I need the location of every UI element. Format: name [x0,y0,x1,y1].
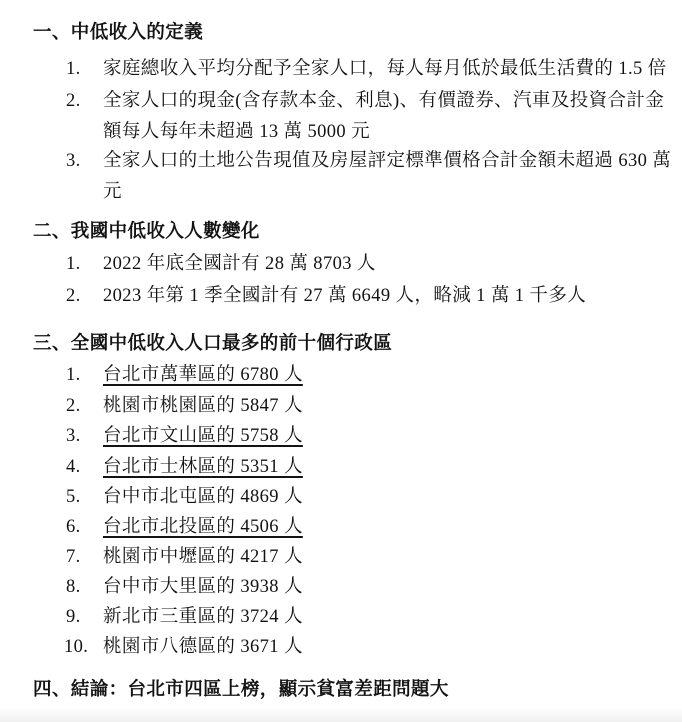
document-page: 一、中低收入的定義 1. 家庭總收入平均分配予全家人口，每人每月低於最低生活費的… [0,0,682,722]
list-number: 7. [66,545,81,569]
section-heading-text: 二、我國中低收入人數變化 [33,220,260,244]
list-item: 2. 桃園市桃園區的 5847 人 [0,394,682,420]
list-item: 3. 全家人口的土地公告現值及房屋評定標準價格合計金額未超過 630 萬 [0,149,682,175]
list-text: 全家人口的現金(含存款本金、利息)、有價證券、汽車及投資合計金 [103,89,664,113]
list-text: 2023 年第 1 季全國計有 27 萬 6649 人，略減 1 萬 1 千多人 [103,284,586,308]
list-text: 台中市北屯區的 4869 人 [103,485,303,509]
list-number: 1. [66,57,81,81]
list-item: 1. 台北市萬華區的 6780 人 [0,363,682,389]
list-item-continuation: 元 [0,180,682,206]
list-number: 3. [66,424,81,448]
list-item: 3. 台北市文山區的 5758 人 [0,424,682,450]
list-text: 2022 年底全國計有 28 萬 8703 人 [103,252,376,276]
list-item: 10. 桃園市八德區的 3671 人 [0,635,682,661]
list-text: 桃園市八德區的 3671 人 [103,635,303,659]
list-number: 2. [66,394,81,418]
list-item: 1. 家庭總收入平均分配予全家人口，每人每月低於最低生活費的 1.5 倍 [0,57,682,83]
list-text: 台北市萬華區的 6780 人 [103,363,303,387]
section-heading-text: 一、中低收入的定義 [33,21,203,45]
list-number: 5. [66,485,81,509]
section-heading: 二、我國中低收入人數變化 [0,220,682,246]
list-item-continuation: 額每人每年未超過 13 萬 5000 元 [0,120,682,146]
list-text: 台北市北投區的 4506 人 [103,515,303,539]
list-number: 10. [64,635,88,659]
page-bottom-edge [0,707,682,722]
list-text: 台北市士林區的 5351 人 [103,455,303,479]
list-item: 6. 台北市北投區的 4506 人 [0,515,682,541]
list-text: 台中市大里區的 3938 人 [103,575,303,599]
list-text: 桃園市中壢區的 4217 人 [103,545,303,569]
list-item: 2. 2023 年第 1 季全國計有 27 萬 6649 人，略減 1 萬 1 … [0,284,682,310]
list-item: 8. 台中市大里區的 3938 人 [0,575,682,601]
list-number: 2. [66,284,81,308]
list-number: 8. [66,575,81,599]
list-text: 全家人口的土地公告現值及房屋評定標準價格合計金額未超過 630 萬 [103,149,671,173]
list-item: 4. 台北市士林區的 5351 人 [0,455,682,481]
section-heading: 一、中低收入的定義 [0,21,682,47]
list-item: 1. 2022 年底全國計有 28 萬 8703 人 [0,252,682,278]
section-heading-text: 三、全國中低收入人口最多的前十個行政區 [33,332,392,356]
list-number: 9. [66,605,81,629]
list-number: 4. [66,455,81,479]
list-number: 1. [66,363,81,387]
list-text: 元 [103,180,122,204]
list-item: 7. 桃園市中壢區的 4217 人 [0,545,682,571]
list-number: 1. [66,252,81,276]
list-number: 6. [66,515,81,539]
list-item: 2. 全家人口的現金(含存款本金、利息)、有價證券、汽車及投資合計金 [0,89,682,115]
list-text: 家庭總收入平均分配予全家人口，每人每月低於最低生活費的 1.5 倍 [103,57,667,81]
section-heading: 三、全國中低收入人口最多的前十個行政區 [0,332,682,358]
section-heading: 四、結論：台北市四區上榜，顯示貧富差距問題大 [0,678,682,704]
list-text: 桃園市桃園區的 5847 人 [103,394,303,418]
list-item: 9. 新北市三重區的 3724 人 [0,605,682,631]
section-heading-text: 四、結論：台北市四區上榜，顯示貧富差距問題大 [33,678,449,702]
list-text: 台北市文山區的 5758 人 [103,424,303,448]
list-item: 5. 台中市北屯區的 4869 人 [0,485,682,511]
list-text: 新北市三重區的 3724 人 [103,605,303,629]
list-number: 2. [66,89,81,113]
list-number: 3. [66,149,81,173]
list-text: 額每人每年未超過 13 萬 5000 元 [103,120,370,144]
